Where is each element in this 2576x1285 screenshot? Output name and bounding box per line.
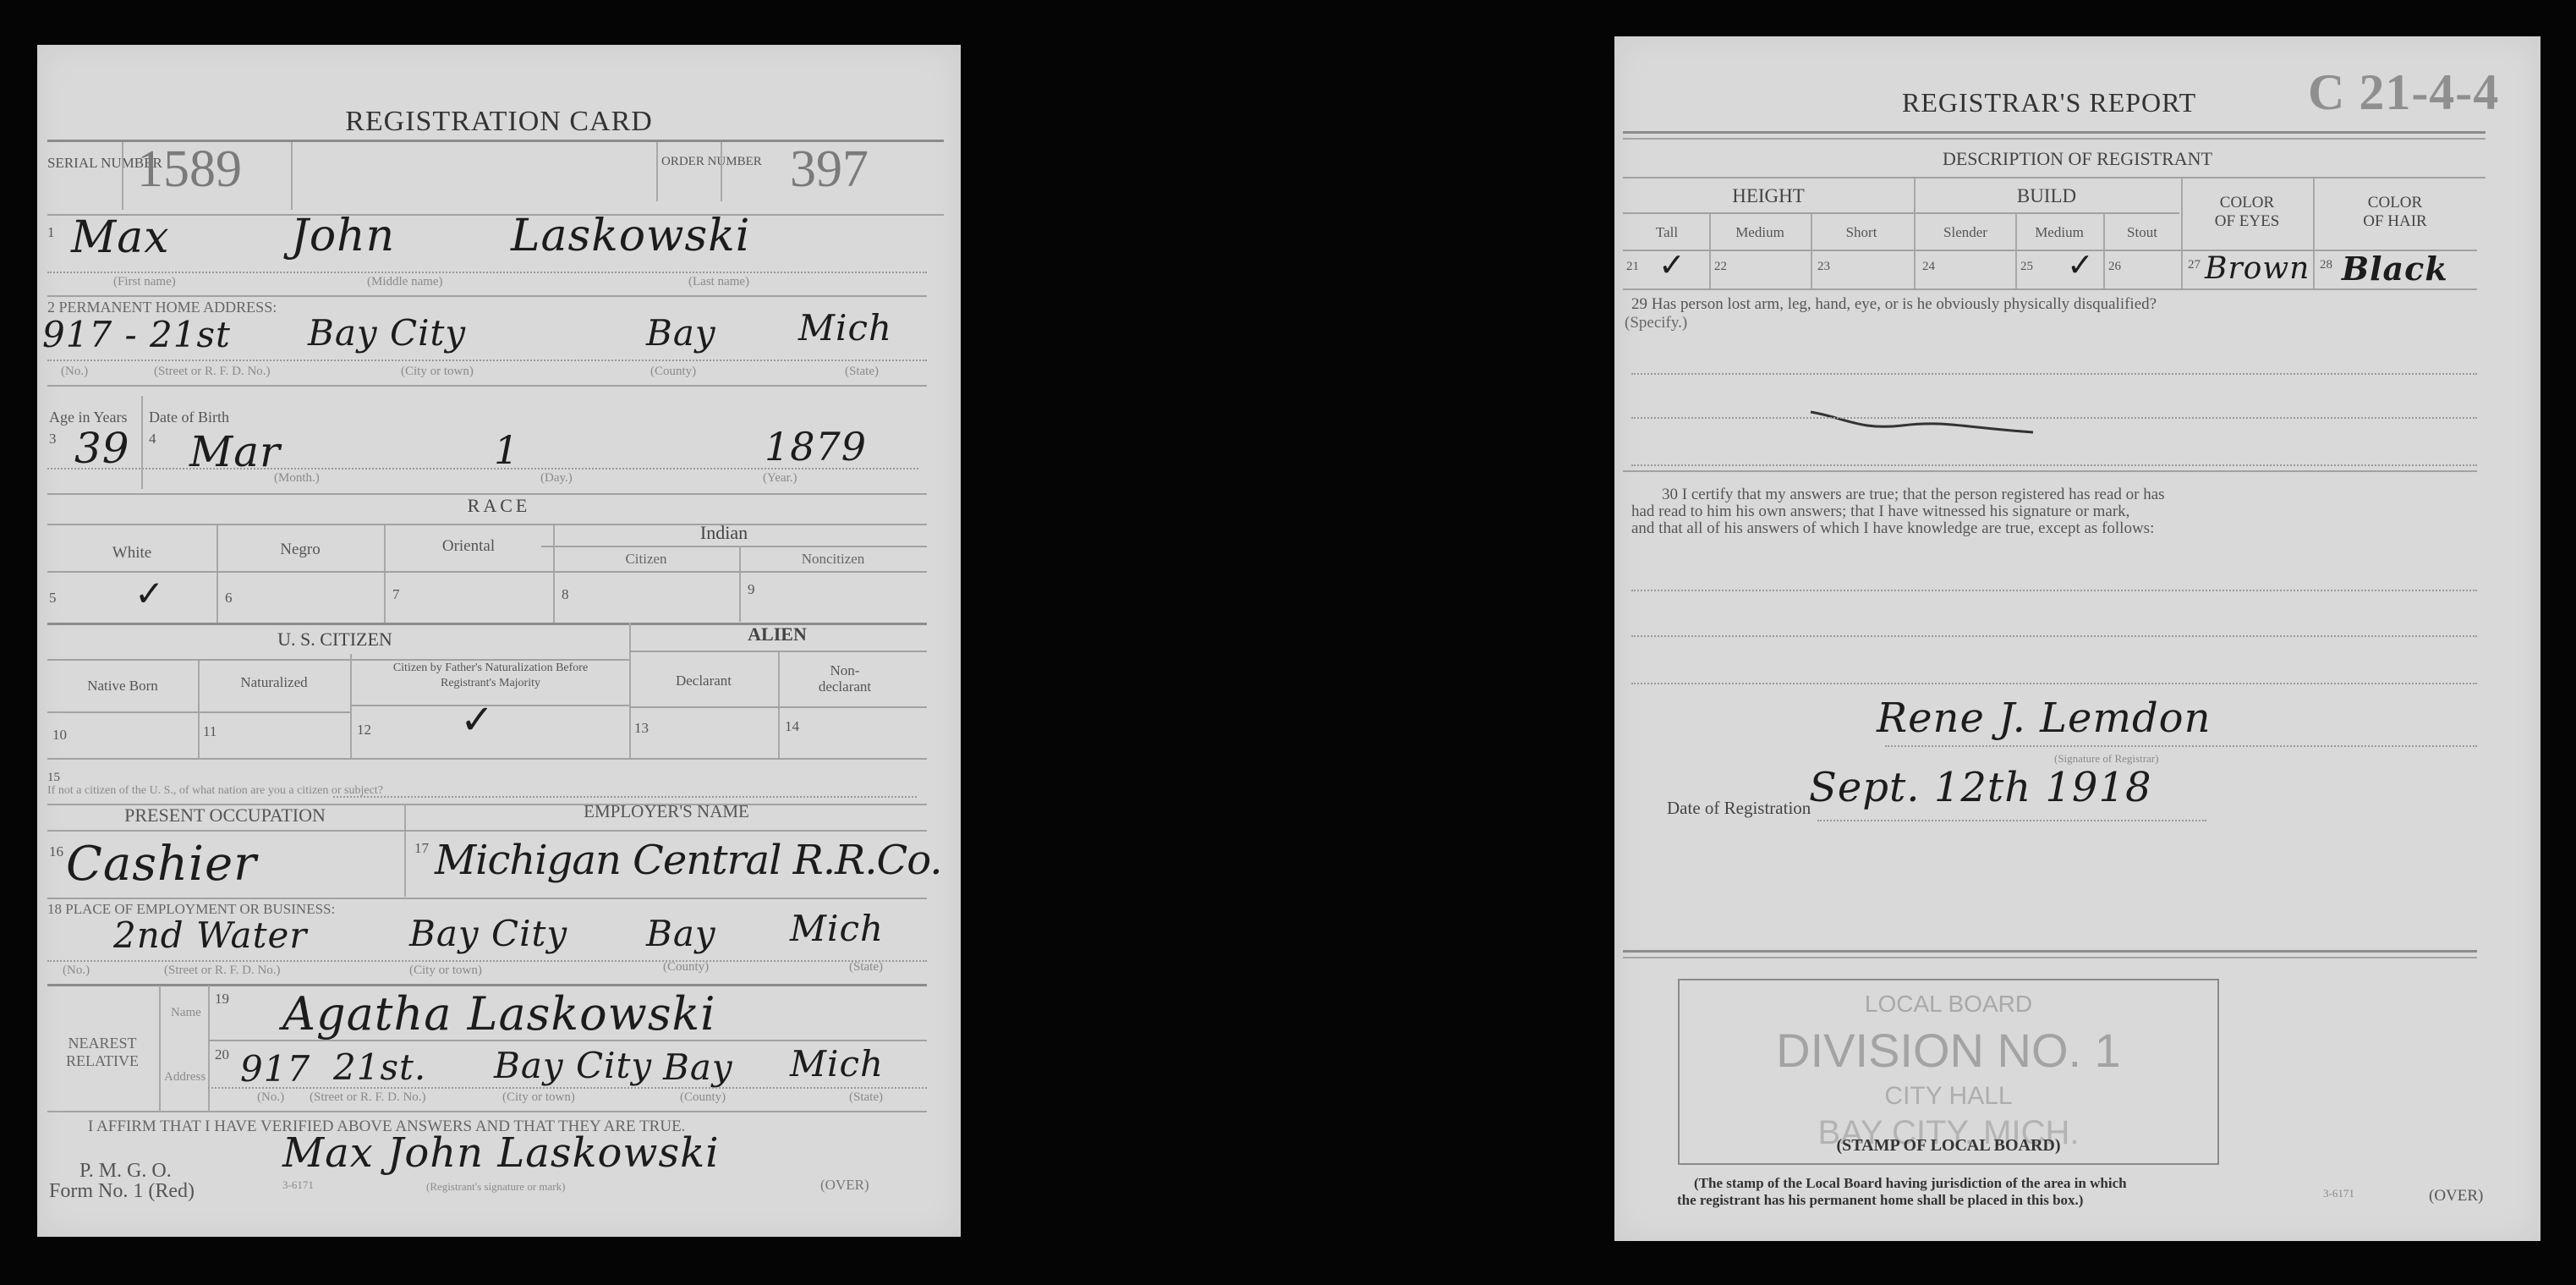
item-number: 7 — [392, 586, 400, 603]
birth-year-value: 1879 — [765, 424, 867, 470]
field-caption: (Street or R. F. D. No.) — [154, 365, 271, 379]
divider — [541, 546, 927, 547]
heading-line: OF EYES — [2215, 212, 2280, 230]
height-medium-label: Medium — [1709, 224, 1811, 241]
divider — [629, 706, 927, 708]
employment-city-value: Bay City — [409, 913, 567, 954]
divider — [47, 571, 927, 573]
dotted-line — [1631, 464, 2477, 466]
form-number-label: Form No. 1 (Red) — [49, 1180, 195, 1203]
divider — [1916, 212, 2179, 214]
stamp-line: CITY HALL — [1680, 1082, 2217, 1111]
item-number: 17 — [414, 840, 429, 857]
order-number-value: 397 — [790, 140, 869, 200]
divider — [47, 830, 927, 832]
relative-address-number-value: 917 — [240, 1048, 310, 1090]
relative-address-street-value: 21st. — [333, 1046, 426, 1088]
divider — [159, 986, 161, 1111]
employment-state-value: Mich — [790, 908, 884, 949]
item-number: 13 — [634, 720, 649, 737]
field-caption: (No.) — [63, 964, 90, 978]
divider — [350, 654, 352, 760]
divider — [1623, 212, 1914, 214]
item-number: 11 — [203, 723, 216, 740]
question-30-text: 30 I certify that my answers are true; t… — [1631, 486, 2165, 537]
employer-heading: EMPLOYER'S NAME — [404, 801, 929, 822]
native-born-label: Native Born — [47, 678, 198, 695]
occupation-value: Cashier — [66, 837, 257, 892]
field-caption: (State) — [845, 365, 879, 379]
divider — [721, 142, 722, 201]
citizen-by-father-label: Citizen by Father's Naturalization Befor… — [355, 661, 626, 691]
item-number: 1 — [47, 224, 55, 241]
dotted-line — [47, 272, 927, 273]
divider — [1623, 131, 2486, 134]
first-name-value: Max — [71, 212, 170, 263]
field-caption: (Year.) — [763, 471, 797, 486]
divider — [47, 385, 927, 387]
field-caption: (County) — [680, 1090, 726, 1105]
divider — [1623, 470, 2477, 472]
form-code: 3-6171 — [2323, 1187, 2354, 1200]
date-of-registration-label: Date of Registration — [1667, 798, 1811, 819]
item-number: 19 — [215, 991, 229, 1008]
occupation-heading: PRESENT OCCUPATION — [47, 804, 403, 826]
alien-heading: ALIEN — [629, 623, 925, 645]
employer-value: Michigan Central R.R.Co. — [435, 837, 942, 884]
hair-color-value: Black — [2342, 250, 2448, 288]
item-number: 20 — [215, 1046, 229, 1063]
citizen-by-father-checkmark: ✓ — [460, 696, 494, 744]
address-street-value: 917 - 21st — [42, 314, 231, 355]
non-declarant-label: Non-declarant — [781, 662, 908, 695]
item-number: 23 — [1817, 260, 1830, 274]
signature-caption: (Registrant's signature or mark) — [426, 1180, 565, 1194]
registrars-report-title: REGISTRAR'S REPORT — [1902, 87, 2196, 118]
item-number: 21 — [1626, 260, 1639, 274]
employment-county-value: Bay — [646, 913, 716, 954]
stamp-caption: (STAMP OF LOCAL BOARD) — [1680, 1136, 2217, 1156]
item-number: 4 — [149, 431, 156, 448]
relative-address-city-value: Bay City — [494, 1045, 652, 1086]
dotted-line — [1631, 635, 2477, 637]
question-29-answer-stroke — [1809, 409, 2037, 434]
item-number: 22 — [1714, 260, 1727, 274]
dotted-line — [47, 360, 927, 361]
field-caption: (No.) — [61, 365, 88, 379]
divider — [208, 1040, 927, 1041]
height-tall-label: Tall — [1625, 224, 1709, 241]
indian-heading: Indian — [538, 522, 910, 544]
field-caption: (County) — [650, 365, 696, 379]
address-state-value: Mich — [798, 307, 892, 349]
divider — [1623, 177, 2486, 178]
date-of-registration-value: Sept. 12th 1918 — [1809, 764, 2152, 811]
address-city-value: Bay City — [308, 312, 466, 354]
eye-color-value: Brown — [2205, 251, 2310, 286]
item-number: 10 — [52, 727, 67, 744]
form-code: 3-6171 — [282, 1178, 314, 1192]
dotted-line — [1885, 745, 2477, 747]
race-indian-noncitizen-label: Noncitizen — [739, 551, 927, 568]
divider — [47, 214, 944, 216]
race-white-checkmark: ✓ — [134, 573, 164, 614]
item-number: 14 — [785, 718, 799, 735]
divider — [1623, 138, 2486, 140]
naturalized-label: Naturalized — [198, 674, 350, 691]
field-caption: (State) — [849, 1090, 883, 1105]
relative-address-county-value: Bay — [663, 1046, 733, 1088]
serial-number-label: SERIAL NUMBER — [47, 155, 115, 171]
build-slender-label: Slender — [1916, 224, 2015, 241]
relative-name-value: Agatha Laskowski — [282, 987, 716, 1041]
divider — [122, 142, 123, 210]
race-white-label: White — [47, 544, 216, 563]
description-heading: DESCRIPTION OF REGISTRANT — [1614, 148, 2540, 170]
race-oriental-label: Oriental — [384, 537, 553, 556]
field-caption: (Last name) — [688, 275, 749, 289]
divider — [1623, 288, 2477, 290]
item-number: 6 — [225, 590, 233, 607]
question-29-text: 29 Has person lost arm, leg, hand, eye, … — [1631, 295, 2157, 314]
item-number: 5 — [49, 590, 57, 607]
build-medium-checkmark: ✓ — [2067, 246, 2094, 283]
date-of-birth-label: Date of Birth — [149, 409, 229, 426]
item-number: 28 — [2320, 258, 2332, 272]
stamp-footnote-line-1: (The stamp of the Local Board having jur… — [1694, 1175, 2127, 1192]
divider — [291, 142, 293, 210]
stamp-line: LOCAL BOARD — [1680, 991, 2217, 1018]
race-indian-citizen-label: Citizen — [553, 551, 739, 568]
item-number: 26 — [2108, 260, 2121, 274]
registration-card: REGISTRATION CARD SERIAL NUMBER 1589 ORD… — [37, 45, 961, 1237]
birth-day-value: 1 — [494, 427, 519, 473]
last-name-value: Laskowski — [511, 211, 750, 261]
divider — [47, 711, 350, 713]
field-caption: (Street or R. F. D. No.) — [164, 964, 281, 978]
divider — [629, 623, 631, 758]
field-caption: (Month.) — [274, 471, 320, 486]
build-medium-label: Medium — [2015, 224, 2103, 241]
item-number: 16 — [49, 843, 63, 860]
registrars-report-card: REGISTRAR'S REPORT C 21-4-4 DESCRIPTION … — [1614, 36, 2540, 1241]
divider — [1623, 950, 2477, 953]
field-caption: (City or town) — [502, 1090, 575, 1105]
registrant-signature: Max John Laskowski — [282, 1129, 720, 1177]
heading-line: COLOR — [2220, 194, 2274, 211]
dotted-line — [1631, 417, 2477, 419]
us-citizen-heading: U. S. CITIZEN — [47, 629, 622, 651]
age-value: 39 — [74, 424, 130, 473]
field-caption: (Day.) — [540, 471, 573, 486]
heading-line: COLOR — [2368, 194, 2422, 211]
divider — [47, 898, 927, 899]
field-caption: (City or town) — [401, 365, 474, 379]
registration-card-title: REGISTRATION CARD — [37, 106, 961, 138]
item-number: 15 — [47, 771, 60, 785]
race-negro-label: Negro — [216, 541, 384, 559]
item-number: 24 — [1922, 260, 1935, 274]
build-stout-label: Stout — [2103, 224, 2181, 241]
registrar-signature: Rene J. Lemdon — [1877, 695, 2212, 742]
divider — [47, 984, 927, 986]
item-number: 12 — [357, 722, 371, 739]
address-county-value: Bay — [646, 312, 716, 354]
field-caption: (First name) — [113, 275, 176, 289]
dotted-line — [47, 960, 927, 962]
certification-line: and that all of his answers of which I h… — [1631, 520, 2165, 537]
relative-name-label: Name — [171, 1006, 201, 1020]
item-number: 9 — [748, 581, 755, 598]
dotted-line — [208, 1087, 927, 1089]
dotted-line — [47, 468, 918, 470]
divider — [1623, 957, 2477, 958]
color-of-eyes-heading: COLOROF EYES — [2181, 194, 2313, 231]
certification-line: 30 I certify that my answers are true; t… — [1631, 486, 2165, 503]
middle-name-value: John — [291, 211, 395, 261]
item-number: 3 — [49, 431, 57, 448]
divider — [141, 396, 143, 489]
certification-line: had read to him his own answers; that I … — [1631, 503, 2165, 520]
divider — [47, 295, 927, 297]
height-short-label: Short — [1811, 224, 1912, 241]
item-number: 25 — [2020, 260, 2033, 274]
dotted-line — [1631, 590, 2477, 591]
over-label: (OVER) — [2429, 1187, 2483, 1205]
color-of-hair-heading: COLOROF HAIR — [2313, 194, 2477, 231]
item-number: 27 — [2188, 258, 2201, 272]
item-number: 8 — [562, 586, 569, 603]
dotted-line — [1817, 820, 2206, 821]
field-caption: (County) — [663, 960, 709, 975]
build-heading: BUILD — [1914, 185, 2179, 207]
race-heading: RACE — [37, 495, 961, 517]
height-tall-checkmark: ✓ — [1658, 246, 1685, 283]
divider — [778, 652, 780, 758]
serial-number-value: 1589 — [137, 140, 242, 200]
stamp-footnote-line-2: the registrant has his permanent home sh… — [1677, 1192, 2083, 1209]
relative-address-state-value: Mich — [790, 1043, 884, 1085]
divider — [47, 1111, 927, 1112]
heading-line: OF HAIR — [2363, 212, 2426, 230]
divider — [656, 142, 658, 201]
dotted-line — [1631, 683, 2477, 684]
field-caption: (No.) — [257, 1090, 284, 1105]
field-caption: (Middle name) — [367, 275, 443, 289]
field-caption: (Street or R. F. D. No.) — [310, 1090, 426, 1105]
divider — [47, 758, 927, 760]
dotted-line — [1631, 373, 2477, 375]
field-caption: (City or town) — [409, 964, 482, 978]
nearest-relative-label: NEAREST RELATIVE — [47, 1035, 157, 1070]
field-caption: (State) — [849, 960, 883, 975]
stamp-code: C 21-4-4 — [2308, 63, 2499, 122]
declarant-label: Declarant — [629, 673, 778, 689]
dotted-line — [333, 796, 917, 798]
divider — [208, 986, 210, 1111]
employment-street-value: 2nd Water — [113, 914, 307, 956]
height-heading: HEIGHT — [1625, 185, 1912, 207]
order-number-label: ORDER NUMBER — [661, 155, 714, 169]
local-board-stamp-box: LOCAL BOARD DIVISION NO. 1 CITY HALL BAY… — [1678, 979, 2219, 1165]
pmgo-label: P. M. G. O. — [79, 1160, 172, 1183]
specify-label: (Specify.) — [1625, 314, 1687, 332]
over-label: (OVER) — [820, 1177, 869, 1194]
relative-address-label: Address — [164, 1070, 206, 1085]
stamp-line: DIVISION NO. 1 — [1680, 1023, 2217, 1078]
divider — [553, 525, 555, 623]
